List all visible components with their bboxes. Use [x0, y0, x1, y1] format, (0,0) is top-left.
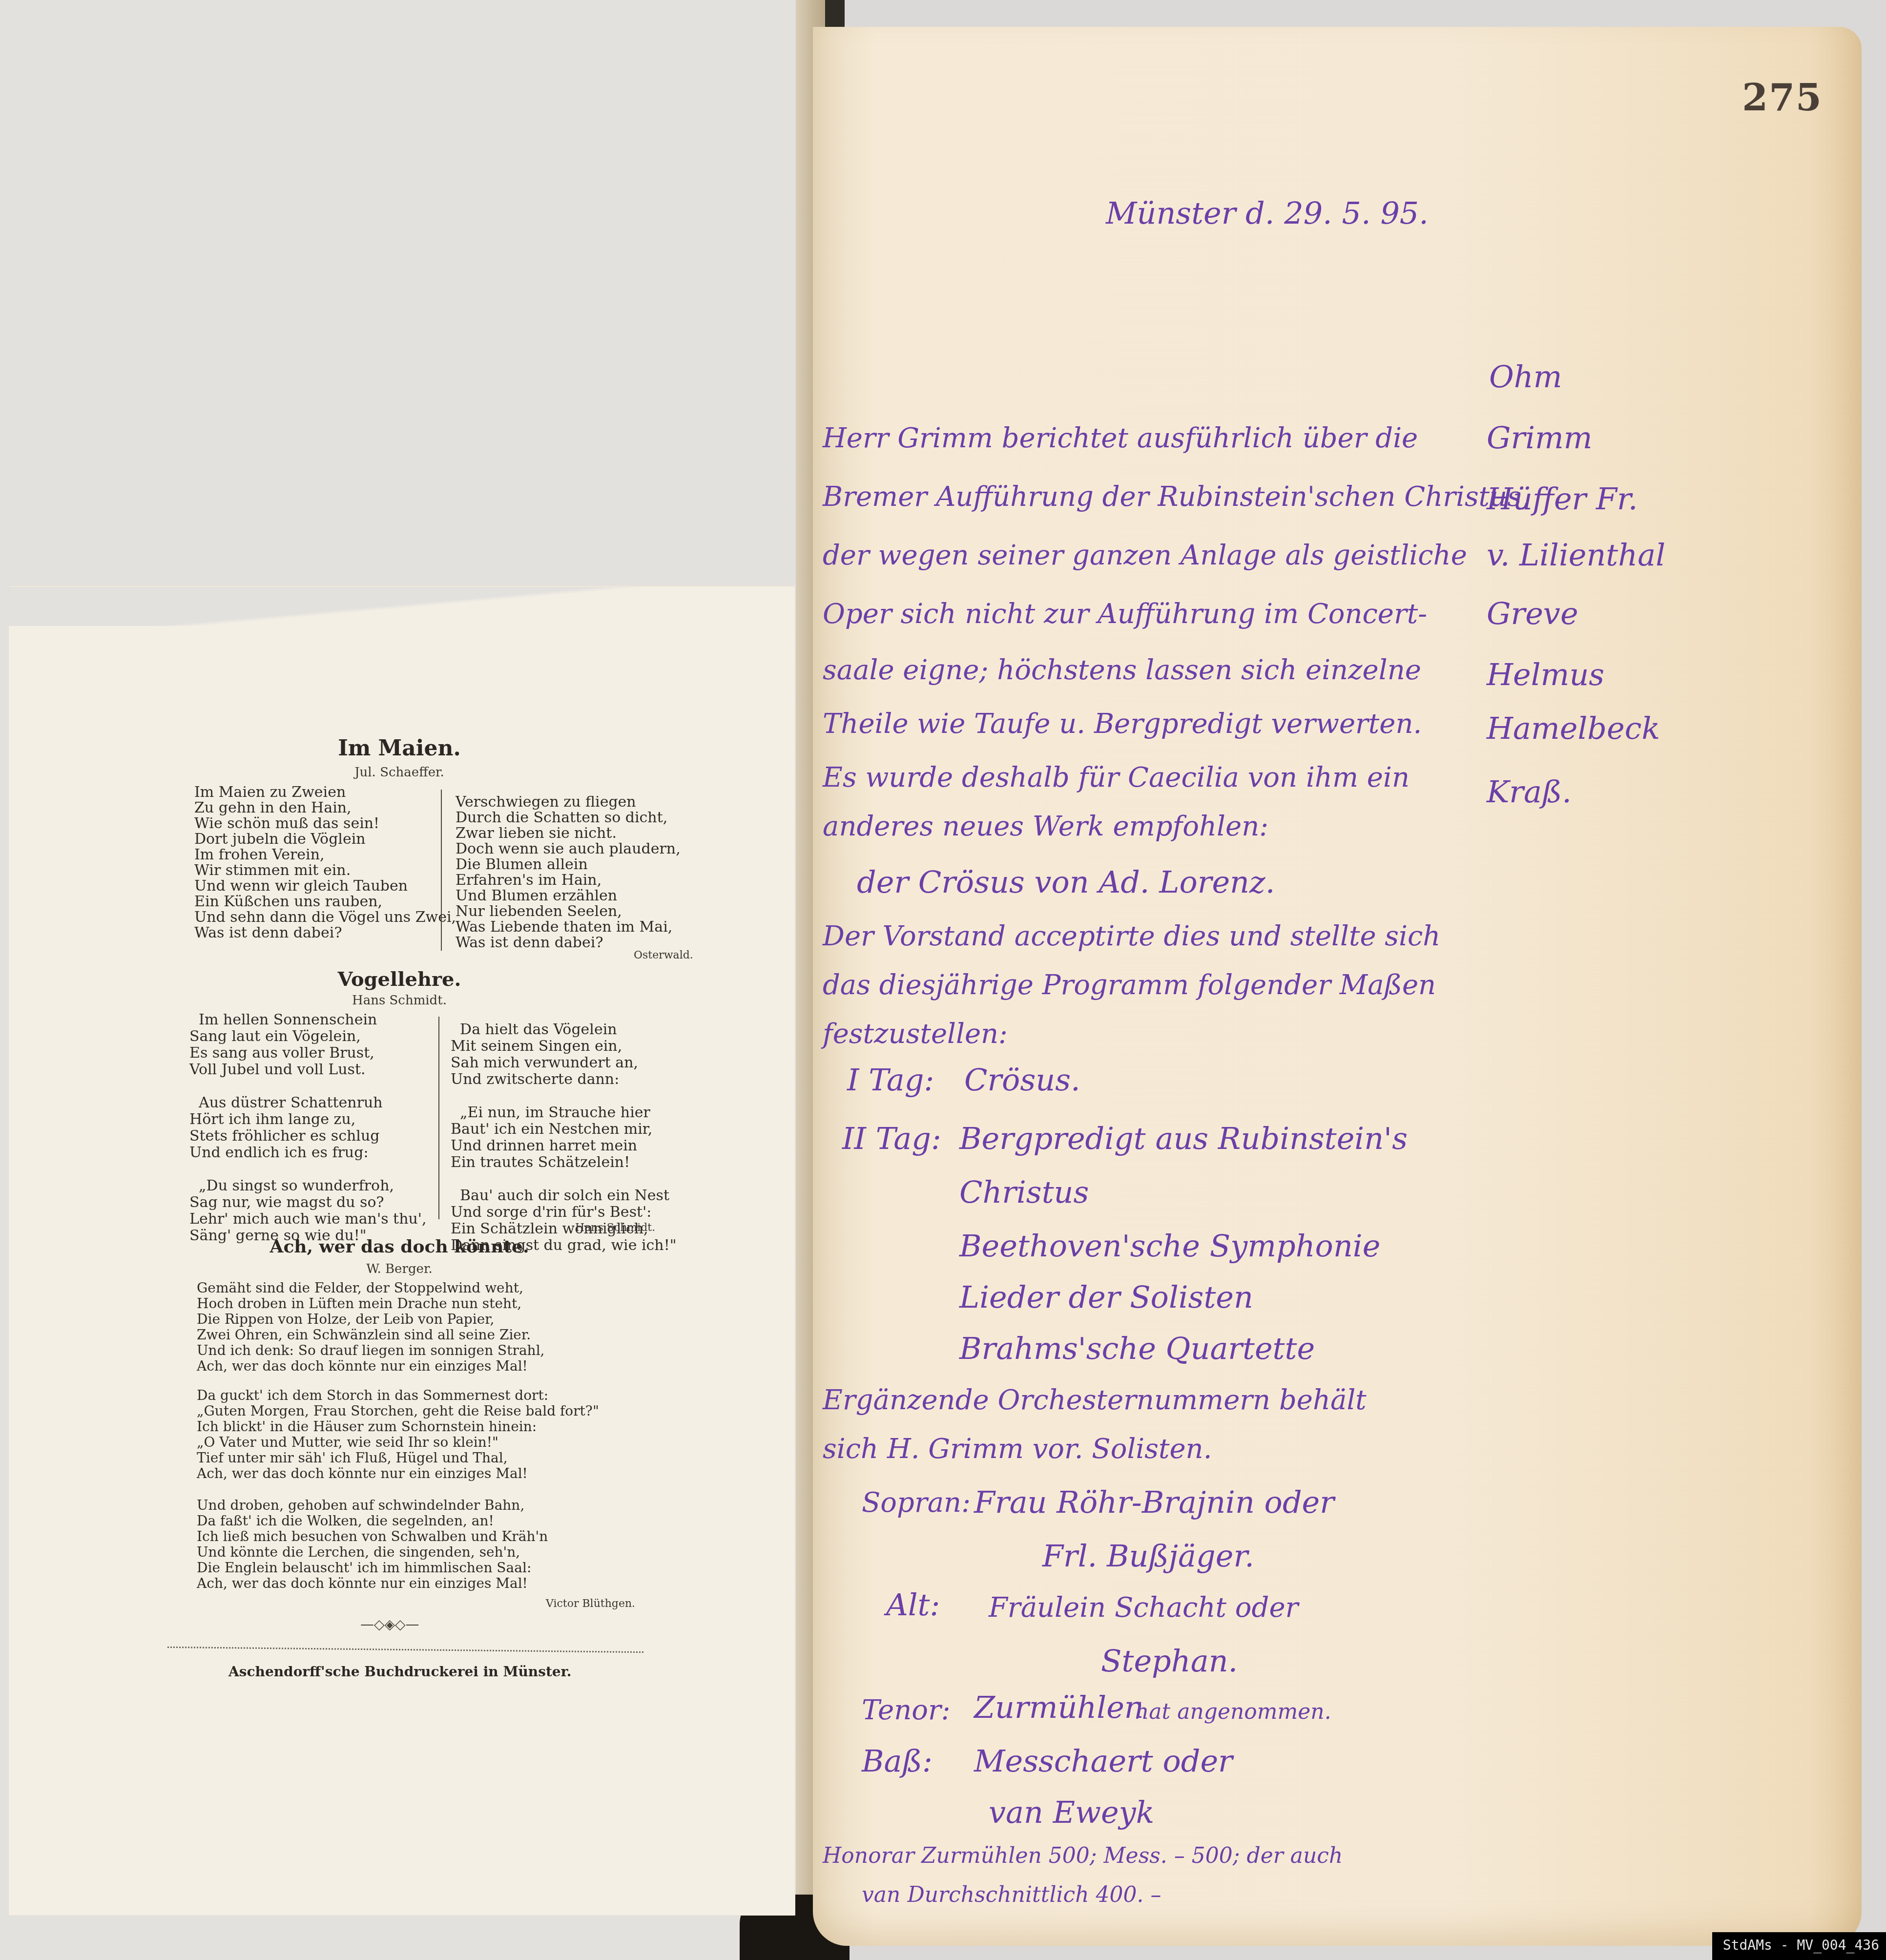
poem-title: Ach, wer das doch könnte. [228, 1236, 570, 1257]
poem-author: W. Berger. [228, 1262, 570, 1276]
day2-label: II Tag: [842, 1121, 941, 1156]
soloist-names: Fräulein Schacht oder [989, 1592, 1298, 1624]
work-line: der Crösus von Ad. Lorenz. [857, 864, 1275, 900]
archive-label: StdAMs - MV_004_436 [1712, 1932, 1886, 1960]
soloist-alt: Frl. Bußjäger. [1042, 1538, 1254, 1574]
decision-line: das diesjährige Programm folgender Maßen [823, 969, 1436, 1001]
column-divider [438, 1017, 439, 1219]
printed-poem-sheet: Im Maien. Jul. Schaeffer. Im Maien zu Zw… [9, 586, 795, 1915]
poem-author: Hans Schmidt. [253, 993, 546, 1008]
day2-item: Brahms'sche Quartette [959, 1331, 1315, 1366]
decision-line: festzustellen: [823, 1018, 1008, 1050]
attendee: Helmus [1487, 657, 1604, 692]
poem-title: Vogellehre. [253, 968, 546, 991]
printer-imprint: Aschendorff'sche Buchdruckerei in Münste… [228, 1664, 572, 1680]
poem-stanza: Da guckt' ich dem Storch in das Sommerne… [197, 1388, 599, 1481]
soloist-voice: Tenor: [862, 1694, 951, 1726]
soloist-names: Zurmühlen [974, 1689, 1144, 1725]
soloist-note: hat angenommen. [1135, 1699, 1331, 1724]
wavy-rule [167, 1647, 643, 1653]
date-line: Münster d. 29. 5. 95. [1106, 195, 1429, 231]
orchestral-line: Ergänzende Orchesternummern behält [823, 1384, 1367, 1416]
poem-signature: Osterwald. [634, 949, 693, 961]
poem-column-2: Da hielt das Vögelein Mit seinem Singen … [451, 1022, 677, 1254]
attendee: Grimm [1487, 420, 1593, 456]
poem-stanza: Und droben, gehoben auf schwindelnder Ba… [197, 1498, 548, 1591]
soloist-names: Messchaert oder [974, 1743, 1233, 1779]
day2-item: Lieder der Solisten [959, 1279, 1253, 1315]
day2-item: Bergpredigt aus Rubinstein's [959, 1121, 1408, 1156]
attendee: Greve [1487, 596, 1578, 631]
body-line: Theile wie Taufe u. Bergpredigt verwerte… [823, 708, 1422, 740]
attendee: Ohm [1489, 359, 1562, 395]
soloist-alt: van Eweyk [989, 1794, 1154, 1830]
page-number: 275 [1742, 76, 1823, 119]
decision-line: Der Vorstand acceptirte dies und stellte… [823, 920, 1440, 952]
day1-value: Crösus. [964, 1062, 1080, 1098]
soloist-voice: Baß: [862, 1743, 933, 1779]
day1-label: I Tag: [847, 1062, 934, 1098]
attendee: Hamelbeck [1487, 710, 1660, 746]
body-line: saale eigne; höchstens lassen sich einze… [823, 654, 1421, 686]
poem-signature: Victor Blüthgen. [546, 1598, 635, 1610]
ornament-divider: —◇◈◇— [360, 1616, 419, 1632]
soloist-alt: Stephan. [1101, 1643, 1238, 1679]
attendee: v. Lilienthal [1487, 537, 1665, 573]
handwritten-page: 275 Münster d. 29. 5. 95. Ohm Grimm Hüff… [813, 27, 1862, 1946]
body-line: Es wurde deshalb für Caecilia von ihm ei… [823, 762, 1409, 793]
poem-stanza: Gemäht sind die Felder, der Stoppelwind … [197, 1280, 544, 1374]
sheet-fold [9, 587, 795, 626]
poem-title: Im Maien. [253, 736, 546, 761]
body-line: Herr Grimm berichtet ausführlich über di… [823, 422, 1418, 454]
poem-column-1: Im Maien zu Zweien Zu gehn in den Hain, … [194, 785, 456, 941]
day2-item: Christus [959, 1174, 1089, 1210]
poem-column-2: Verschwiegen zu fliegen Durch die Schatt… [456, 794, 681, 951]
attendee: Kraß. [1487, 774, 1572, 810]
body-line: Oper sich nicht zur Aufführung im Concer… [823, 598, 1427, 630]
honorar-line: van Durchschnittlich 400. – [862, 1882, 1161, 1907]
honorar-line: Honorar Zurmühlen 500; Mess. – 500; der … [823, 1843, 1343, 1868]
orchestral-line: sich H. Grimm vor. Solisten. [823, 1433, 1212, 1465]
poem-author: Jul. Schaeffer. [253, 765, 546, 780]
soloist-voice: Sopran: [862, 1487, 971, 1519]
body-line: der wegen seiner ganzen Anlage als geist… [823, 540, 1467, 571]
day2-item: Beethoven'sche Symphonie [959, 1228, 1380, 1264]
body-line: anderes neues Werk empfohlen: [823, 811, 1268, 842]
poem-signature: Hans Schmidt. [575, 1222, 655, 1234]
soloist-names: Frau Röhr-Brajnin oder [974, 1484, 1334, 1520]
soloist-voice: Alt: [886, 1587, 940, 1623]
poem-column-1: Im hellen Sonnenschein Sang laut ein Vög… [189, 1012, 427, 1244]
body-line: Bremer Aufführung der Rubinstein'schen C… [823, 481, 1530, 513]
column-divider [441, 790, 442, 951]
